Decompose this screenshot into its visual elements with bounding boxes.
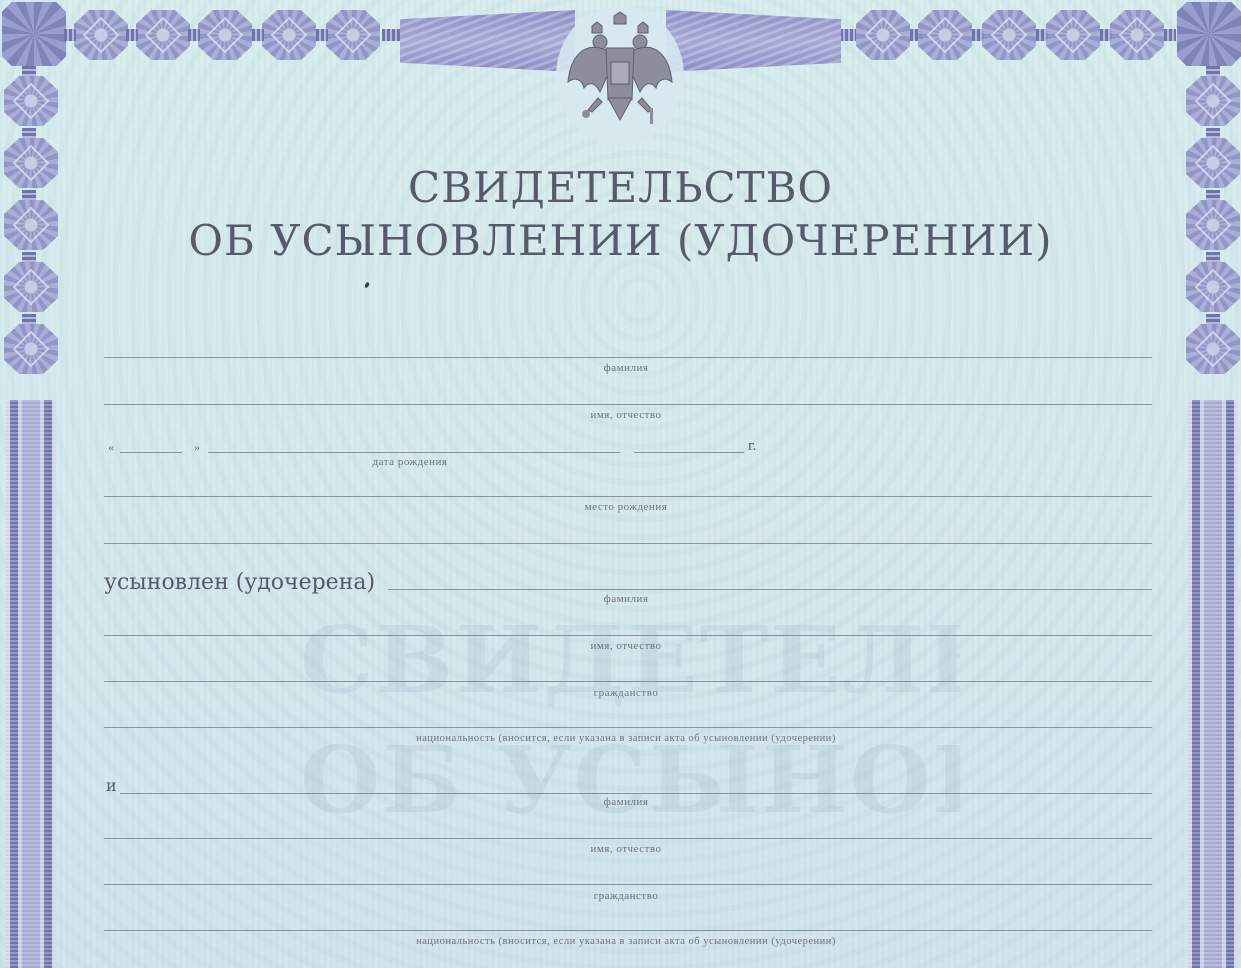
border-rosette bbox=[918, 10, 972, 60]
border-rosette bbox=[262, 10, 316, 60]
adopted-label: усыновлен (удочерена) bbox=[104, 570, 375, 595]
adopter2-name-line bbox=[104, 838, 1152, 839]
border-link bbox=[382, 29, 402, 41]
border-link bbox=[64, 29, 76, 41]
border-link bbox=[316, 29, 328, 41]
child-surname-line bbox=[104, 357, 1152, 358]
border-pillar-right bbox=[1188, 400, 1238, 968]
border-rosette bbox=[1186, 262, 1240, 312]
birth-month-line bbox=[208, 452, 620, 453]
birthplace-field-2[interactable] bbox=[110, 520, 1154, 544]
border-link bbox=[1206, 128, 1220, 138]
border-rosette bbox=[856, 10, 910, 60]
crest-banner-right bbox=[666, 10, 841, 72]
border-rosette bbox=[74, 10, 128, 60]
birth-day-open-quote: « bbox=[108, 440, 114, 455]
adopter2-nationality-line bbox=[104, 930, 1152, 931]
border-rosette bbox=[136, 10, 190, 60]
border-link bbox=[840, 29, 856, 41]
border-rosette bbox=[1186, 324, 1240, 374]
adopter1-citizenship-line bbox=[104, 681, 1152, 682]
child-name-line bbox=[104, 404, 1152, 405]
child-name-field[interactable] bbox=[110, 381, 1154, 405]
birth-month-field[interactable] bbox=[208, 432, 624, 454]
adopter2-citizenship-caption: гражданство bbox=[100, 890, 1152, 902]
border-rosette bbox=[1110, 10, 1164, 60]
adopter2-surname-line bbox=[120, 793, 1152, 794]
border-link bbox=[22, 128, 36, 138]
and-label: и bbox=[106, 776, 117, 795]
double-headed-eagle-crest-icon bbox=[562, 10, 678, 135]
adopter1-name-caption: имя, отчество bbox=[100, 640, 1152, 652]
birthplace-field[interactable] bbox=[110, 473, 1154, 497]
adopter1-name-field[interactable] bbox=[110, 612, 1154, 636]
crest-banner-left bbox=[400, 10, 575, 72]
border-link bbox=[22, 66, 36, 76]
adopter2-nationality-caption: национальность (вносится, если указана в… bbox=[100, 936, 1152, 947]
birthplace-caption: место рождения bbox=[100, 501, 1152, 513]
border-rosette bbox=[1186, 76, 1240, 126]
adopter1-citizenship-caption: гражданство bbox=[100, 687, 1152, 699]
border-rosette bbox=[198, 10, 252, 60]
border-rosette bbox=[982, 10, 1036, 60]
certificate-title-line-2: ОБ УСЫНОВЛЕНИИ (УДОЧЕРЕНИИ) bbox=[0, 216, 1241, 265]
border-link bbox=[1164, 29, 1176, 41]
border-link bbox=[188, 29, 200, 41]
birth-year-line bbox=[634, 452, 744, 453]
adopter2-citizenship-field[interactable] bbox=[110, 861, 1154, 885]
child-surname-caption: фамилия bbox=[100, 362, 1152, 374]
adopter2-name-field[interactable] bbox=[110, 815, 1154, 839]
border-rosette bbox=[4, 76, 58, 126]
adopter2-name-caption: имя, отчество bbox=[100, 843, 1152, 855]
adopter1-surname-field[interactable] bbox=[392, 566, 1154, 590]
birth-year-suffix: г. bbox=[748, 438, 756, 455]
birthplace-line bbox=[104, 496, 1152, 497]
adopter1-name-line bbox=[104, 635, 1152, 636]
border-corner-rosette bbox=[2, 2, 66, 66]
adopter2-citizenship-line bbox=[104, 884, 1152, 885]
adopter1-citizenship-field[interactable] bbox=[110, 658, 1154, 682]
adopter1-nationality-caption: национальность (вносится, если указана в… bbox=[100, 733, 1152, 744]
adopter1-surname-caption: фамилия bbox=[100, 593, 1152, 605]
child-name-caption: имя, отчество bbox=[100, 409, 1152, 421]
border-link bbox=[1206, 314, 1220, 324]
border-rosette bbox=[1046, 10, 1100, 60]
child-surname-field[interactable] bbox=[110, 334, 1154, 358]
border-rosette bbox=[326, 10, 380, 60]
border-rosette bbox=[4, 262, 58, 312]
certificate-title-line-1: СВИДЕТЕЛЬСТВО bbox=[0, 163, 1241, 212]
border-link bbox=[22, 314, 36, 324]
adopter2-surname-caption: фамилия bbox=[100, 796, 1152, 808]
border-link bbox=[1206, 66, 1220, 76]
birth-day-close-quote: » bbox=[194, 440, 200, 455]
adopter1-surname-line bbox=[388, 589, 1152, 590]
birth-year-field[interactable] bbox=[634, 432, 748, 454]
border-link bbox=[252, 29, 264, 41]
border-pillar-left bbox=[6, 400, 56, 968]
adopter1-nationality-field[interactable] bbox=[110, 704, 1154, 728]
birthplace-line-2 bbox=[104, 543, 1152, 544]
border-link bbox=[126, 29, 138, 41]
adopter1-nationality-line bbox=[104, 727, 1152, 728]
birth-day-field[interactable] bbox=[120, 432, 186, 454]
birth-day-line bbox=[120, 452, 182, 453]
border-rosette bbox=[4, 324, 58, 374]
birth-date-caption: дата рождения bbox=[210, 456, 610, 468]
adopter2-surname-field[interactable] bbox=[124, 770, 1154, 794]
border-corner-rosette bbox=[1177, 2, 1241, 66]
adopter2-nationality-field[interactable] bbox=[110, 907, 1154, 931]
